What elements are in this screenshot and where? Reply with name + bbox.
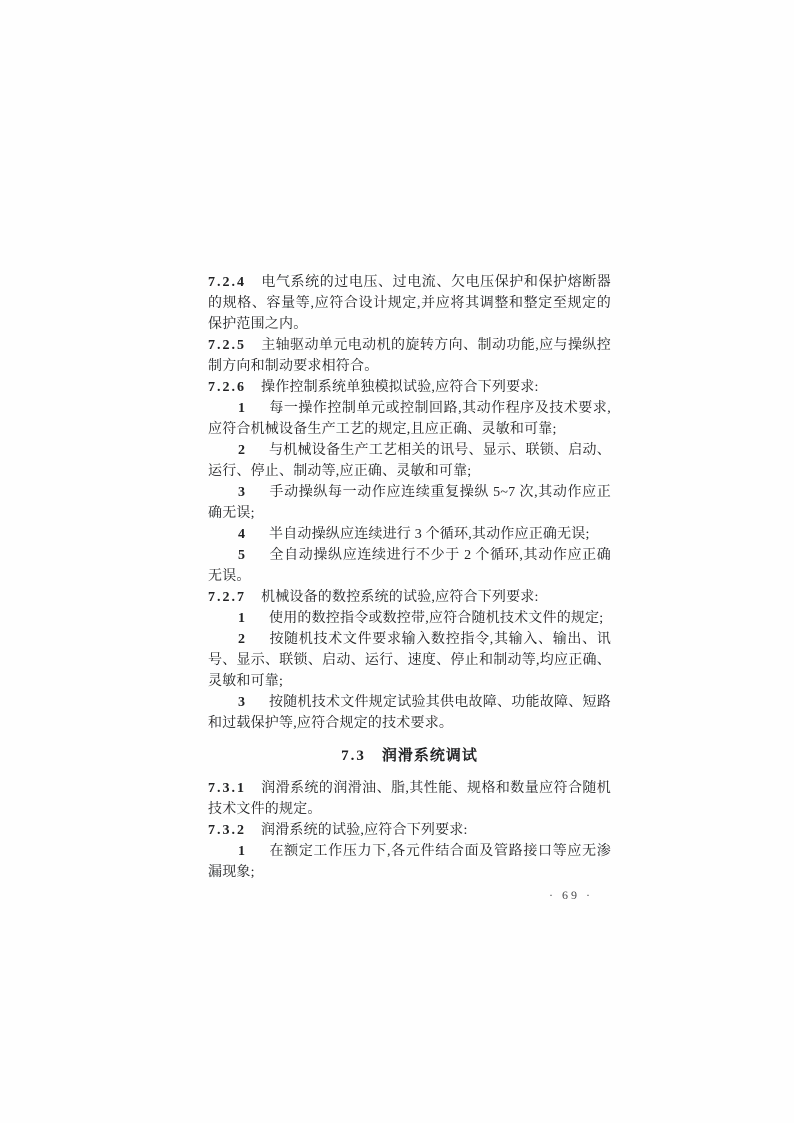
section-heading-title: 润滑系统调试 (382, 748, 478, 764)
list-item-2: 2按随机技术文件要求输入数控指令,其输入、输出、讯号、显示、联锁、启动、运行、速… (208, 629, 611, 692)
item-number: 2 (238, 632, 247, 647)
clause-number: 7.2.7 (208, 590, 246, 605)
item-number: 1 (238, 401, 247, 416)
item-number: 3 (238, 485, 247, 500)
clause-7-3-1: 7.3.1润滑系统的润滑油、脂,其性能、规格和数量应符合随机技术文件的规定。 (208, 778, 611, 820)
page-number: · 69 · (549, 888, 593, 902)
clause-text: 操作控制系统单独模拟试验,应符合下列要求: (261, 380, 539, 395)
item-text: 与机械设备生产工艺相关的讯号、显示、联锁、启动、运行、停止、制动等,应正确、灵敏… (208, 443, 611, 479)
clause-number: 7.3.2 (208, 823, 246, 838)
item-number: 1 (238, 611, 247, 626)
clause-text: 主轴驱动单元电动机的旋转方向、制动功能,应与操纵控制方向和制动要求相符合。 (208, 338, 611, 374)
list-item-3: 3手动操纵每一动作应连续重复操纵 5~7 次,其动作应正确无误; (208, 482, 611, 524)
list-item-5: 5全自动操纵应连续进行不少于 2 个循环,其动作应正确无误。 (208, 545, 611, 587)
clause-7-2-5: 7.2.5主轴驱动单元电动机的旋转方向、制动功能,应与操纵控制方向和制动要求相符… (208, 335, 611, 377)
list-item-1: 1在额定工作压力下,各元件结合面及管路接口等应无渗漏现象; (208, 841, 611, 883)
item-text: 使用的数控指令或数控带,应符合随机技术文件的规定; (269, 611, 603, 626)
clause-7-2-7: 7.2.7机械设备的数控系统的试验,应符合下列要求: (208, 587, 611, 608)
list-item-2: 2与机械设备生产工艺相关的讯号、显示、联锁、启动、运行、停止、制动等,应正确、灵… (208, 440, 611, 482)
scanned-document-page: 7.2.4电气系统的过电压、过电流、欠电压保护和保护熔断器的规格、容量等,应符合… (0, 0, 794, 1123)
clause-text: 润滑系统的试验,应符合下列要求: (261, 823, 468, 838)
clause-number: 7.2.6 (208, 380, 246, 395)
clause-number: 7.3.1 (208, 781, 246, 796)
clause-number: 7.2.5 (208, 338, 246, 353)
item-text: 手动操纵每一动作应连续重复操纵 5~7 次,其动作应正确无误; (208, 485, 611, 521)
item-text: 半自动操纵应连续进行 3 个循环,其动作应正确无误; (269, 527, 590, 542)
clause-7-3-2: 7.3.2润滑系统的试验,应符合下列要求: (208, 820, 611, 841)
clause-text: 机械设备的数控系统的试验,应符合下列要求: (261, 590, 539, 605)
list-item-4: 4半自动操纵应连续进行 3 个循环,其动作应正确无误; (208, 524, 611, 545)
list-item-1: 1使用的数控指令或数控带,应符合随机技术文件的规定; (208, 608, 611, 629)
item-text: 在额定工作压力下,各元件结合面及管路接口等应无渗漏现象; (208, 844, 611, 880)
section-heading-number: 7.3 (341, 748, 366, 764)
item-text: 按随机技术文件规定试验其供电故障、功能故障、短路和过载保护等,应符合规定的技术要… (208, 695, 611, 731)
item-number: 5 (238, 548, 247, 563)
document-text-body: 7.2.4电气系统的过电压、过电流、欠电压保护和保护熔断器的规格、容量等,应符合… (208, 272, 611, 883)
clause-text: 润滑系统的润滑油、脂,其性能、规格和数量应符合随机技术文件的规定。 (208, 781, 611, 817)
item-number: 1 (238, 844, 247, 859)
clause-7-2-4: 7.2.4电气系统的过电压、过电流、欠电压保护和保护熔断器的规格、容量等,应符合… (208, 272, 611, 335)
item-text: 按随机技术文件要求输入数控指令,其输入、输出、讯号、显示、联锁、启动、运行、速度… (208, 632, 611, 689)
item-number: 3 (238, 695, 247, 710)
list-item-1: 1每一操作控制单元或控制回路,其动作程序及技术要求,应符合机械设备生产工艺的规定… (208, 398, 611, 440)
item-text: 每一操作控制单元或控制回路,其动作程序及技术要求,应符合机械设备生产工艺的规定,… (208, 401, 611, 437)
item-number: 2 (238, 443, 247, 458)
item-text: 全自动操纵应连续进行不少于 2 个循环,其动作应正确无误。 (208, 548, 611, 584)
clause-7-2-6: 7.2.6操作控制系统单独模拟试验,应符合下列要求: (208, 377, 611, 398)
list-item-3: 3按随机技术文件规定试验其供电故障、功能故障、短路和过载保护等,应符合规定的技术… (208, 692, 611, 734)
item-number: 4 (238, 527, 247, 542)
section-heading-7-3: 7.3润滑系统调试 (208, 746, 611, 767)
clause-text: 电气系统的过电压、过电流、欠电压保护和保护熔断器的规格、容量等,应符合设计规定,… (208, 275, 611, 332)
clause-number: 7.2.4 (208, 275, 246, 290)
